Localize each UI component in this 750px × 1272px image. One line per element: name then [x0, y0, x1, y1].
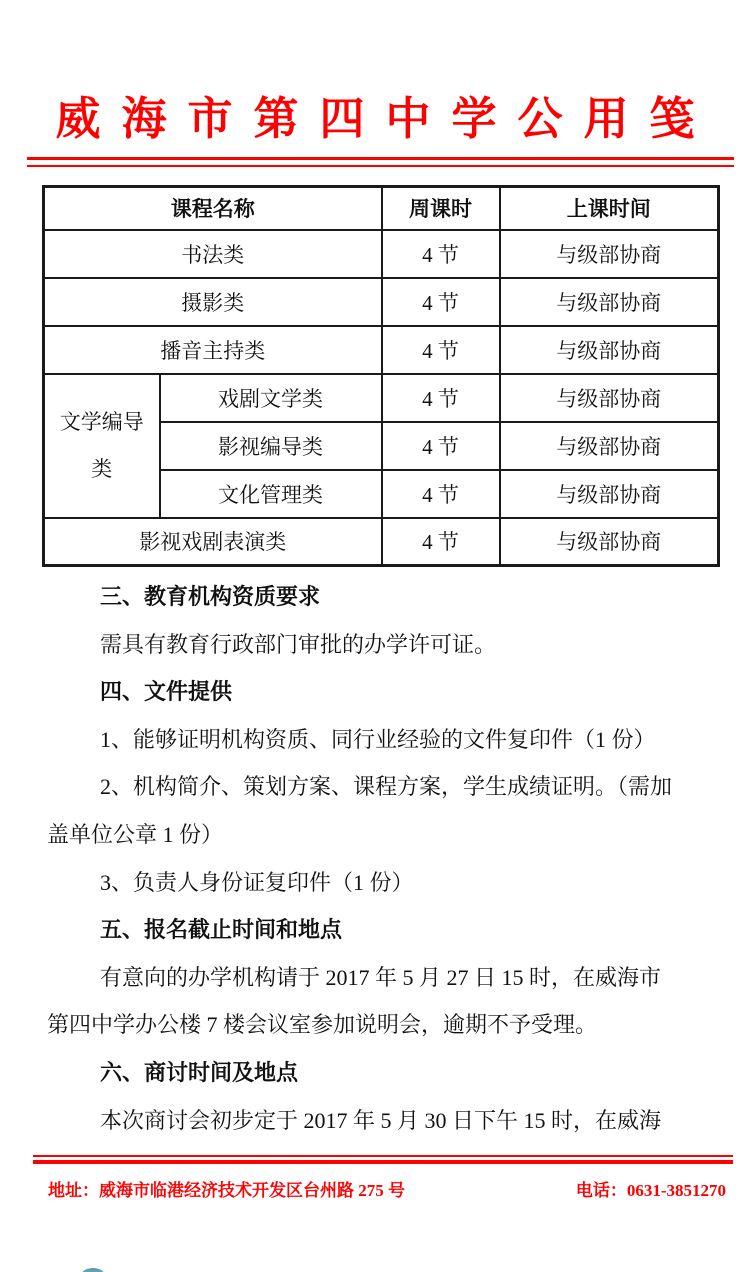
hours-cell: 4 节 — [382, 470, 500, 518]
course-name-cell: 戏剧文学类 — [160, 374, 382, 422]
table-row: 播音主持类 4 节 与级部协商 — [44, 326, 719, 374]
time-cell: 与级部协商 — [500, 230, 719, 278]
paragraph-line: 本次商讨会初步定于 2017 年 5 月 30 日下午 15 时，在威海 — [47, 1097, 718, 1145]
time-cell: 与级部协商 — [500, 278, 719, 326]
page-title: 威海市第四中学公用笺 — [0, 82, 750, 147]
partial-logo-icon — [82, 1268, 104, 1272]
section-heading-5: 五、报名截止时间和地点 — [47, 906, 718, 954]
time-cell: 与级部协商 — [500, 518, 719, 566]
course-name-cell: 摄影类 — [44, 278, 382, 326]
paragraph-line: 3、负责人身份证复印件（1 份） — [47, 859, 718, 907]
time-cell: 与级部协商 — [500, 422, 719, 470]
time-cell: 与级部协商 — [500, 374, 719, 422]
paragraph-line: 需具有教育行政部门审批的办学许可证。 — [47, 621, 718, 669]
col-header-hours: 周课时 — [382, 187, 500, 230]
paragraph-line: 第四中学办公楼 7 楼会议室参加说明会，逾期不予受理。 — [47, 1001, 718, 1049]
header-rule-thin — [27, 165, 734, 167]
hours-cell: 4 节 — [382, 278, 500, 326]
course-name-cell: 影视编导类 — [160, 422, 382, 470]
section-heading-3: 三、教育机构资质要求 — [47, 573, 718, 621]
course-name-cell: 影视戏剧表演类 — [44, 518, 382, 566]
course-group-cell: 文学编导类 — [44, 374, 160, 518]
header-rule-thick — [27, 157, 734, 160]
course-name-cell: 播音主持类 — [44, 326, 382, 374]
table-row: 影视戏剧表演类 4 节 与级部协商 — [44, 518, 719, 566]
course-table: 课程名称 周课时 上课时间 书法类 4 节 与级部协商 摄影类 4 节 与级部协… — [42, 185, 720, 567]
hours-cell: 4 节 — [382, 230, 500, 278]
section-heading-4: 四、文件提供 — [47, 668, 718, 716]
time-cell: 与级部协商 — [500, 470, 719, 518]
letterhead-page: 威海市第四中学公用笺 课程名称 周课时 上课时间 书法类 4 节 与级部协商 摄… — [0, 0, 750, 1272]
course-name-cell: 文化管理类 — [160, 470, 382, 518]
footer-rule-thick — [33, 1160, 733, 1164]
hours-cell: 4 节 — [382, 518, 500, 566]
col-header-time: 上课时间 — [500, 187, 719, 230]
footer-address: 地址：威海市临港经济技术开发区台州路 275 号 — [48, 1176, 405, 1201]
course-name-cell: 书法类 — [44, 230, 382, 278]
time-cell: 与级部协商 — [500, 326, 719, 374]
hours-cell: 4 节 — [382, 326, 500, 374]
table-row: 书法类 4 节 与级部协商 — [44, 230, 719, 278]
hours-cell: 4 节 — [382, 374, 500, 422]
paragraph-line: 有意向的办学机构请于 2017 年 5 月 27 日 15 时，在威海市 — [47, 954, 718, 1002]
table-header-row: 课程名称 周课时 上课时间 — [44, 187, 719, 230]
paragraph-line: 1、能够证明机构资质、同行业经验的文件复印件（1 份） — [47, 716, 718, 764]
footer-rule-thin — [33, 1155, 733, 1157]
col-header-course: 课程名称 — [44, 187, 382, 230]
document-body: 三、教育机构资质要求 需具有教育行政部门审批的办学许可证。 四、文件提供 1、能… — [47, 573, 718, 1144]
hours-cell: 4 节 — [382, 422, 500, 470]
paragraph-line: 盖单位公章 1 份） — [47, 811, 718, 859]
paragraph-line: 2、机构简介、策划方案、课程方案，学生成绩证明。（需加 — [47, 763, 718, 811]
footer-phone: 电话：0631-3851270 — [576, 1176, 726, 1201]
section-heading-6: 六、商讨时间及地点 — [47, 1049, 718, 1097]
table-row: 文学编导类 戏剧文学类 4 节 与级部协商 — [44, 374, 719, 422]
table-row: 摄影类 4 节 与级部协商 — [44, 278, 719, 326]
